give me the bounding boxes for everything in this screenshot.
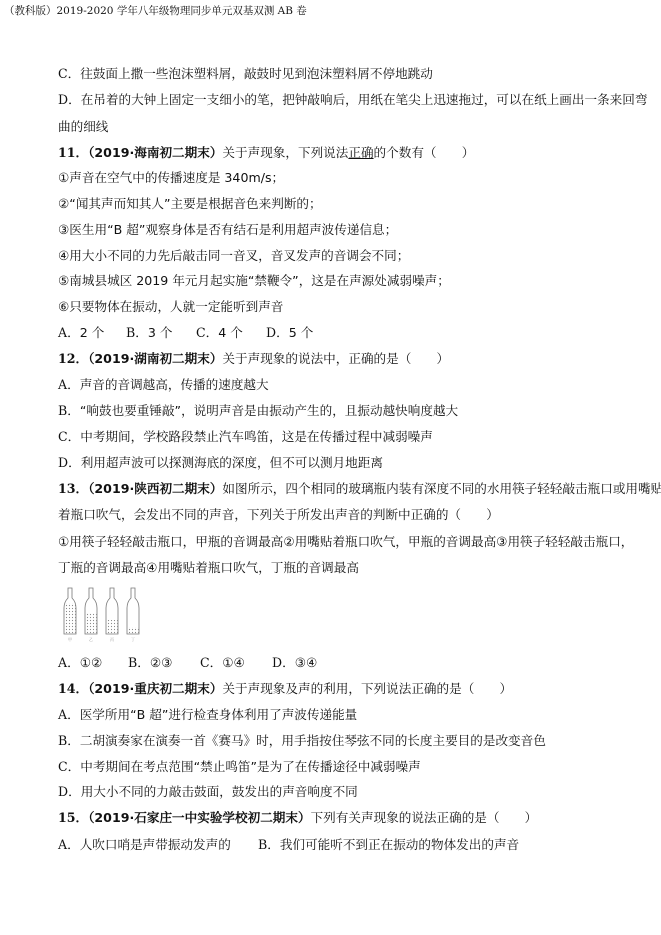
statement-4: ④用大小不同的力先后敲击同一音叉，音叉发声的音调会不同； [58, 246, 409, 266]
underlined-keyword: 正确 [348, 145, 373, 160]
option-c: C．中考期间，学校路段禁止汽车鸣笛，这是在传播过程中减弱噪声 [58, 427, 433, 447]
option-a: A．2 个 [58, 323, 126, 343]
question-13-statements: ①用筷子轻轻敲击瓶口，甲瓶的音调最高②用嘴贴着瓶口吹气，甲瓶的音调最高③用筷子轻… [58, 532, 633, 552]
question-number: 13． [58, 481, 88, 496]
question-13-stem: 13．（2019·陕西初二期末）如图所示，四个相同的玻璃瓶内装有深度不同的水用筷… [58, 479, 661, 499]
question-12-stem: 12．（2019·湖南初二期末）关于声现象的说法中，正确的是（ ） [58, 349, 449, 369]
question-source: （2019·重庆初二期末） [88, 681, 222, 696]
svg-text:乙: 乙 [89, 636, 93, 642]
option-d-continuation: 曲的细线 [58, 117, 108, 137]
question-source: （2019·湖南初二期末） [88, 351, 222, 366]
option-d: D．利用超声波可以探测海底的深度，但不可以测月地距离 [58, 453, 383, 473]
question-13-stem-cont: 着瓶口吹气，会发出不同的声音，下列关于所发出声音的判断中正确的（ ） [58, 505, 499, 525]
option-c: C．4 个 [196, 323, 266, 343]
option-c: C．①④ [200, 653, 272, 673]
option-d: D．在吊着的大钟上固定一支细小的笔，把钟敲响后，用纸在笔尖上迅速拖过，可以在纸上… [58, 90, 647, 110]
statement-2: ②“闻其声而知其人”主要是根据音色来判断的； [58, 194, 322, 214]
option-d: D．5 个 [266, 323, 313, 343]
question-15-options: A．人吹口哨是声带振动发声的B．我们可能听不到正在振动的物体发出的声音 [58, 835, 519, 855]
statement-5: ⑤南城县城区 2019 年元月起实施“禁鞭令”，这是在声源处减弱噪声； [58, 271, 450, 291]
statement-3: ③医生用“B 超”观察身体是否有结石是利用超声波传递信息； [58, 220, 397, 240]
question-number: 15． [58, 810, 88, 825]
bottles-figure: 甲 乙 丙 丁 [58, 586, 148, 642]
option-b: B．我们可能听不到正在振动的物体发出的声音 [258, 835, 519, 855]
option-text: 往鼓面上撒一些泡沫塑料屑，敲鼓时见到泡沫塑料屑不停地跳动 [80, 66, 433, 81]
option-b: B．②③ [128, 653, 200, 673]
question-text: 如图所示，四个相同的玻璃瓶内装有深度不同的水用筷子轻轻敲击瓶口或用嘴贴 [222, 481, 661, 496]
option-d: D．用大小不同的力敲击鼓面，鼓发出的声音响度不同 [58, 782, 358, 802]
question-text: 的个数有（ ） [374, 145, 475, 160]
svg-text:丙: 丙 [110, 636, 114, 642]
statement-1: ①声音在空气中的传播速度是 340m/s； [58, 168, 284, 188]
option-b: B．3 个 [126, 323, 196, 343]
document-header: （教科版）2019-2020 学年八年级物理同步单元双基双测 AB 卷 [4, 3, 307, 18]
option-b: B．“响鼓也要重锤敲”，说明声音是由振动产生的，且振动越快响度越大 [58, 401, 458, 421]
question-number: 14． [58, 681, 88, 696]
question-11-stem: 11．（2019·海南初二期末）关于声现象，下列说法正确的个数有（ ） [58, 143, 474, 163]
question-source: （2019·石家庄一中实验学校初二期末） [88, 810, 310, 825]
svg-text:丁: 丁 [131, 636, 135, 642]
option-d: D．③④ [272, 653, 317, 673]
question-number: 12． [58, 351, 88, 366]
question-number: 11． [58, 145, 88, 160]
option-a: A．人吹口哨是声带振动发声的 [58, 835, 258, 855]
question-text: 关于声现象及声的利用，下列说法正确的是（ ） [222, 681, 512, 696]
option-a: A．①② [58, 653, 128, 673]
option-label: C． [58, 66, 80, 81]
option-b: B．二胡演奏家在演奏一首《赛马》时，用手指按住琴弦不同的长度主要目的是改变音色 [58, 731, 546, 751]
option-text: 在吊着的大钟上固定一支细小的笔，把钟敲响后，用纸在笔尖上迅速拖过，可以在纸上画出… [81, 92, 648, 107]
question-13-options: A．①②B．②③C．①④D．③④ [58, 653, 317, 673]
option-label: D． [58, 92, 81, 107]
statement-6: ⑥只要物体在振动，人就一定能听到声音 [58, 297, 283, 317]
svg-text:甲: 甲 [68, 636, 72, 642]
question-11-options: A．2 个B．3 个C．4 个D．5 个 [58, 323, 313, 343]
question-13-statements-cont: 丁瓶的音调最高④用嘴贴着瓶口吹气，丁瓶的音调最高 [58, 558, 359, 578]
bottles-icon: 甲 乙 丙 丁 [58, 586, 148, 642]
option-c: C．中考期间在考点范围“禁止鸣笛”是为了在传播途径中减弱噪声 [58, 757, 421, 777]
option-c: C．往鼓面上撒一些泡沫塑料屑，敲鼓时见到泡沫塑料屑不停地跳动 [58, 64, 433, 84]
question-text: 关于声现象，下列说法 [222, 145, 348, 160]
question-14-stem: 14．（2019·重庆初二期末）关于声现象及声的利用，下列说法正确的是（ ） [58, 679, 512, 699]
question-15-stem: 15．（2019·石家庄一中实验学校初二期末）下列有关声现象的说法正确的是（ ） [58, 808, 537, 828]
question-text: 关于声现象的说法中，正确的是（ ） [222, 351, 449, 366]
question-text: 下列有关声现象的说法正确的是（ ） [311, 810, 538, 825]
question-source: （2019·海南初二期末） [88, 145, 222, 160]
option-a: A．医学所用“B 超”进行检查身体利用了声波传递能量 [58, 705, 357, 725]
question-source: （2019·陕西初二期末） [88, 481, 222, 496]
option-a: A．声音的音调越高，传播的速度越大 [58, 375, 269, 395]
